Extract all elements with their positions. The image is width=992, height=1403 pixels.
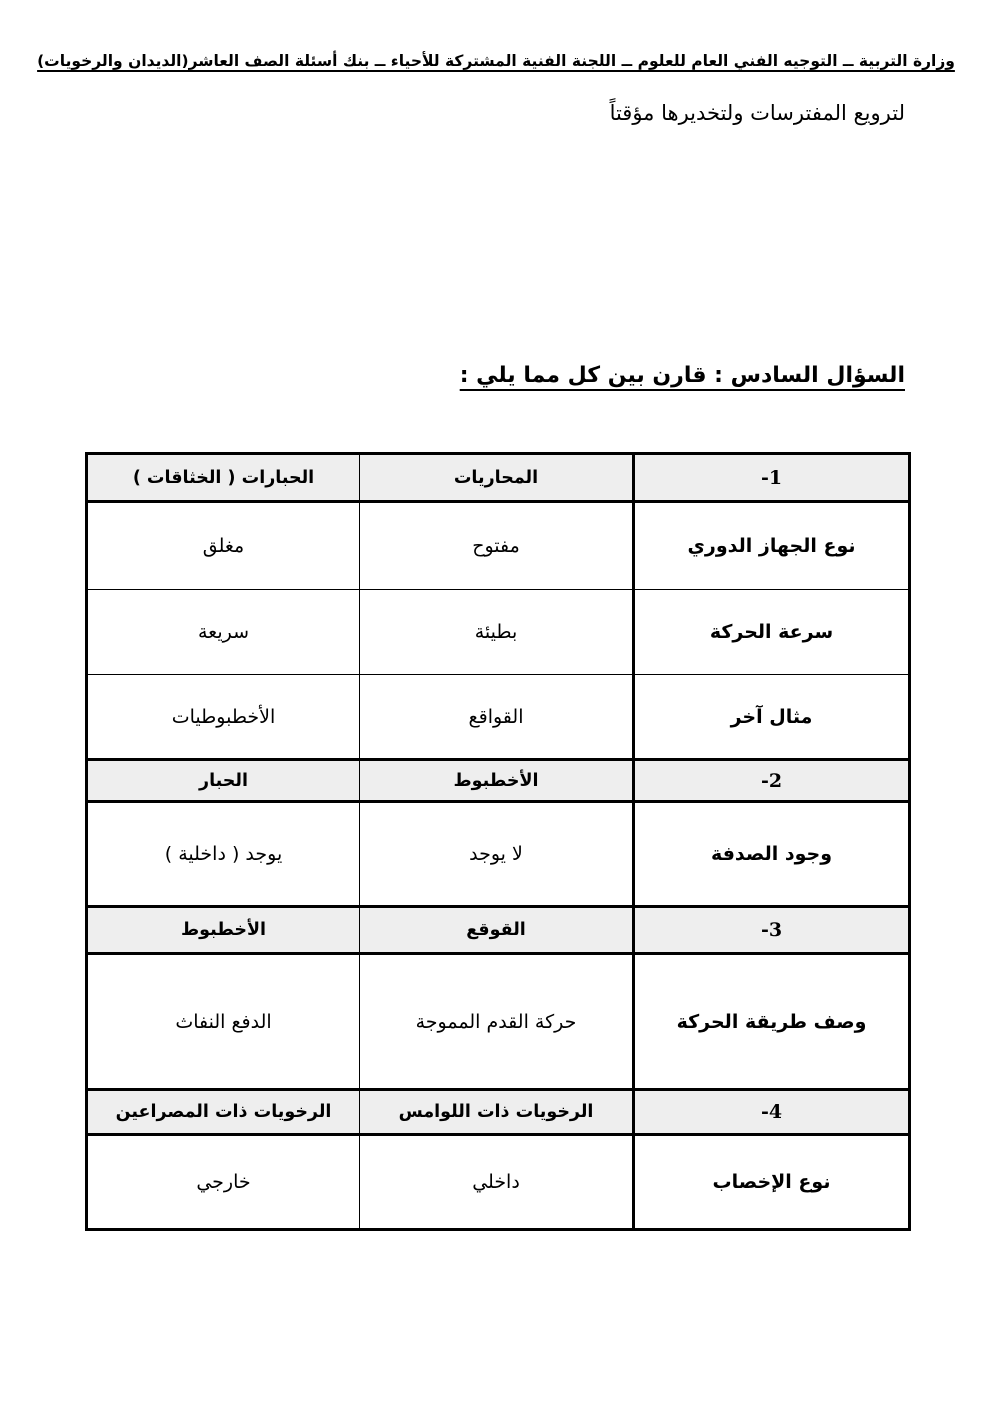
value-b-cell: مغلق [87,502,360,590]
section-item-b-cell: الحبارات ( الخثاقات ) [87,454,360,502]
section-number-cell: -2 [634,760,910,802]
value-b-cell: الأخطبوطيات [87,675,360,760]
value-a-cell: لا يوجد [360,802,634,907]
table-section-row-1: -1 المحاريات الحبارات ( الخثاقات ) [87,454,910,502]
attribute-label-cell: وصف طريقة الحركة [634,954,910,1090]
value-b-cell: الدفع النفاث [87,954,360,1090]
answer-fragment-text: لترويع المفترسات ولتخديرها مؤقتاً [610,101,905,125]
section-item-a-cell: الأخطبوط [360,760,634,802]
table-row: سرعة الحركة بطيئة سريعة [87,590,910,675]
document-header: وزارة التربية ــ التوجيه الفني العام للع… [0,52,992,70]
table-row: مثال آخر القواقع الأخطبوطيات [87,675,910,760]
comparison-table: -1 المحاريات الحبارات ( الخثاقات ) نوع ا… [85,452,911,1231]
attribute-label-cell: نوع الإخصاب [634,1135,910,1230]
section-item-a-cell: المحاريات [360,454,634,502]
section-number-cell: -4 [634,1090,910,1135]
section-item-b-cell: الأخطبوط [87,907,360,954]
attribute-label-cell: سرعة الحركة [634,590,910,675]
section-number-cell: -3 [634,907,910,954]
document-page: وزارة التربية ــ التوجيه الفني العام للع… [0,0,992,1403]
question-heading: السؤال السادس : قارن بين كل مما يلي : [460,363,905,388]
table-row: نوع الجهاز الدوري مفتوح مغلق [87,502,910,590]
table-row: نوع الإخصاب داخلي خارجي [87,1135,910,1230]
value-a-cell: حركة القدم المموجة [360,954,634,1090]
table-row: وصف طريقة الحركة حركة القدم المموجة الدف… [87,954,910,1090]
value-a-cell: القواقع [360,675,634,760]
value-a-cell: داخلي [360,1135,634,1230]
attribute-label-cell: وجود الصدفة [634,802,910,907]
table-section-row-2: -2 الأخطبوط الحبار [87,760,910,802]
table-section-row-3: -3 القوقع الأخطبوط [87,907,910,954]
attribute-label-cell: نوع الجهاز الدوري [634,502,910,590]
value-b-cell: خارجي [87,1135,360,1230]
section-item-b-cell: الحبار [87,760,360,802]
value-b-cell: يوجد ( داخلية ) [87,802,360,907]
table-row: وجود الصدفة لا يوجد يوجد ( داخلية ) [87,802,910,907]
attribute-label-cell: مثال آخر [634,675,910,760]
value-a-cell: بطيئة [360,590,634,675]
value-b-cell: سريعة [87,590,360,675]
section-number-cell: -1 [634,454,910,502]
section-item-b-cell: الرخويات ذات المصراعين [87,1090,360,1135]
section-item-a-cell: القوقع [360,907,634,954]
section-item-a-cell: الرخويات ذات اللوامس [360,1090,634,1135]
table-section-row-4: -4 الرخويات ذات اللوامس الرخويات ذات الم… [87,1090,910,1135]
value-a-cell: مفتوح [360,502,634,590]
